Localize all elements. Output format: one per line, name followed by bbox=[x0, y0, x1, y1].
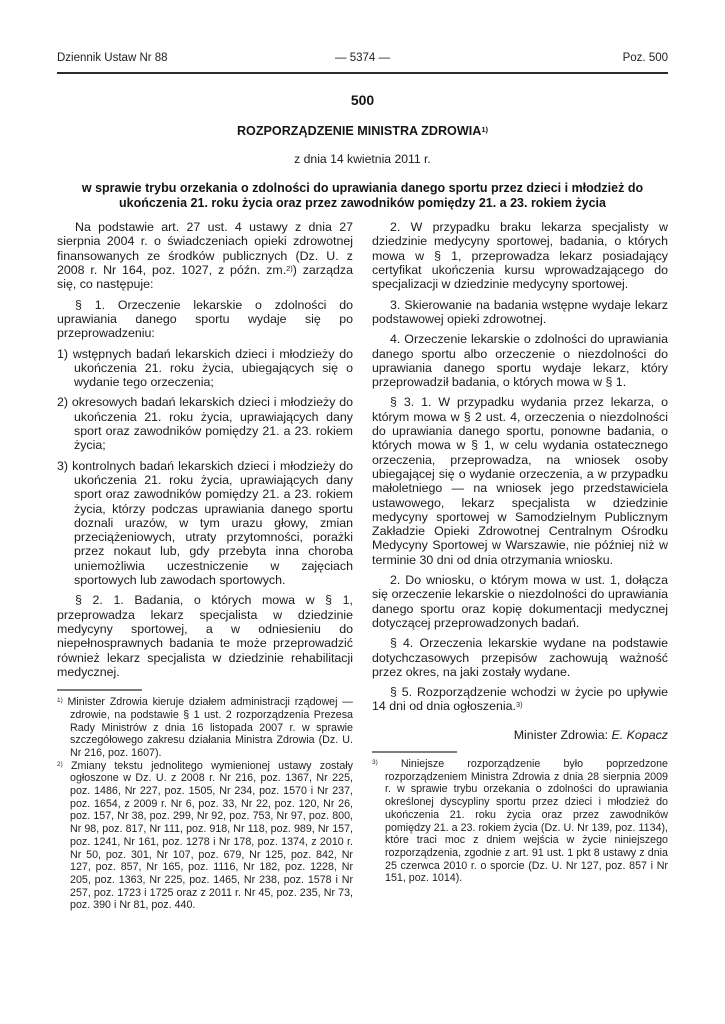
text-columns: Na podstawie art. 27 ust. 4 ustawy z dni… bbox=[57, 220, 668, 912]
footnote-3: 3) Niniejsze rozporządzenie było poprzed… bbox=[372, 758, 668, 885]
page-number-label: — 5374 — bbox=[261, 52, 465, 64]
footnote-marker: 2) bbox=[57, 761, 63, 768]
left-column: Na podstawie art. 27 ust. 4 ustawy z dni… bbox=[57, 220, 353, 912]
list-marker: 3) bbox=[57, 459, 68, 473]
act-title: ROZPORZĄDZENIE MINISTRA ZDROWIA1) bbox=[57, 124, 668, 138]
par-2-ust-3: 3. Skierowanie na badania wstępne wydaje… bbox=[372, 298, 668, 327]
right-column: 2. W przypadku braku lekarza specjalisty… bbox=[372, 220, 668, 912]
list-text: okresowych badań lekarskich dzieci i mło… bbox=[72, 395, 353, 452]
par-3-ust-1: § 3. 1. W przypadku wydania przez lekarz… bbox=[372, 395, 668, 567]
footnote-1: 1) Minister Zdrowia kieruje działem admi… bbox=[57, 696, 353, 760]
footnote-marker: 1) bbox=[57, 697, 63, 704]
footnote-text: Zmiany tekstu jednolitego wymienionej us… bbox=[70, 760, 353, 912]
journal-issue-label: Dziennik Ustaw Nr 88 bbox=[57, 52, 261, 64]
list-text: kontrolnych badań lekarskich dzieci i mł… bbox=[72, 459, 353, 587]
right-footnotes: 3) Niniejsze rozporządzenie było poprzed… bbox=[372, 751, 668, 885]
footnote-rule bbox=[372, 751, 457, 753]
par-5: § 5. Rozporządzenie wchodzi w życie po u… bbox=[372, 685, 668, 714]
footnote-ref-1: 1) bbox=[481, 125, 488, 134]
signature-line: Minister Zdrowia: E. Kopacz bbox=[372, 728, 668, 742]
list-marker: 1) bbox=[57, 347, 68, 361]
signature-title: Minister Zdrowia: bbox=[514, 728, 608, 742]
footnote-text: Niniejsze rozporządzenie było poprzedzon… bbox=[385, 758, 668, 884]
par-2-ust-2: 2. W przypadku braku lekarza specjalisty… bbox=[372, 220, 668, 291]
act-number: 500 bbox=[57, 92, 668, 108]
footnote-2: 2) Zmiany tekstu jednolitego wymienionej… bbox=[57, 760, 353, 912]
act-title-text: ROZPORZĄDZENIE MINISTRA ZDROWIA bbox=[237, 124, 481, 138]
list-text: wstępnych badań lekarskich dzieci i młod… bbox=[73, 347, 353, 390]
left-footnotes: 1) Minister Zdrowia kieruje działem admi… bbox=[57, 689, 353, 912]
par-3-ust-2: 2. Do wniosku, o którym mowa w ust. 1, d… bbox=[372, 573, 668, 630]
par-2-ust-1: § 2. 1. Badania, o których mowa w § 1, p… bbox=[57, 593, 353, 679]
header-rule bbox=[57, 72, 668, 74]
par-1-intro: § 1. Orzeczenie lekarskie o zdolności do… bbox=[57, 298, 353, 341]
dziennik-ustaw-page: Dziennik Ustaw Nr 88 — 5374 — Poz. 500 5… bbox=[0, 0, 725, 1024]
signature-name: E. Kopacz bbox=[612, 728, 668, 742]
footnote-marker: 3) bbox=[372, 759, 378, 766]
footnote-text: Minister Zdrowia kieruje działem adminis… bbox=[68, 696, 353, 759]
par-4: § 4. Orzeczenia lekarskie wydane na pods… bbox=[372, 636, 668, 679]
footnote-ref-2: 2) bbox=[286, 264, 293, 273]
list-marker: 2) bbox=[57, 395, 68, 409]
footnote-ref-3: 3) bbox=[516, 700, 523, 709]
par-1-point-3: 3) kontrolnych badań lekarskich dzieci i… bbox=[57, 459, 353, 588]
par-1-point-1: 1) wstępnych badań lekarskich dzieci i m… bbox=[57, 347, 353, 390]
footnote-rule bbox=[57, 689, 142, 691]
page-header: Dziennik Ustaw Nr 88 — 5374 — Poz. 500 bbox=[57, 52, 668, 64]
item-position-label: Poz. 500 bbox=[464, 52, 668, 64]
act-subject: w sprawie trybu orzekania o zdolności do… bbox=[57, 181, 668, 210]
par-2-ust-4: 4. Orzeczenie lekarskie o zdolności do u… bbox=[372, 332, 668, 389]
act-date: z dnia 14 kwietnia 2011 r. bbox=[57, 152, 668, 166]
legal-basis-paragraph: Na podstawie art. 27 ust. 4 ustawy z dni… bbox=[57, 220, 353, 291]
par-1-point-2: 2) okresowych badań lekarskich dzieci i … bbox=[57, 395, 353, 452]
